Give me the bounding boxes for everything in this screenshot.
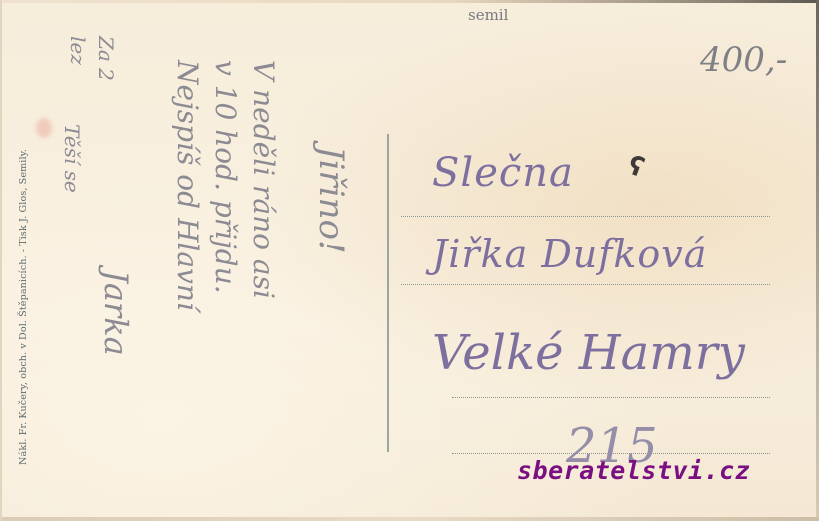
message-signature: Jarka [97,270,135,356]
recipient-title: Slečna [432,150,574,196]
recipient-name: Jiřka Dufková [432,232,707,276]
message-body: V neděli ráno asi v 10 hod. přijdu. Nejs… [168,60,282,311]
address-line-2 [401,284,770,285]
message-line: v 10 hod. přijdu. [206,60,244,311]
address-line-3 [452,397,770,398]
publisher-imprint: Nákl. Fr. Kučery, obch. v Dol. Štěpanicí… [18,149,29,465]
message-line: Nejspíš od Hlavní [168,60,206,311]
card-edge-top [0,0,819,3]
site-watermark: sberatelstvi.cz [517,456,750,485]
card-edge-bottom [0,517,819,521]
stamp-fragment-icon: ʕ [624,152,657,185]
message-side-line: lez [64,36,92,81]
message-greeting: Jiřino! [312,146,350,254]
recipient-town: Velké Hamry [432,325,745,381]
message-line: V neděli ráno asi [244,60,282,311]
postcard-back: Nákl. Fr. Kučery, obch. v Dol. Štěpanicí… [0,0,819,521]
message-side-line: Za 2 [92,36,120,81]
card-edge-left [0,0,2,521]
message-side-note: Za 2 lez [64,36,120,81]
pencil-note-top: semil [468,6,508,24]
address-line-1 [401,216,770,217]
message-side-line: Těší se [58,124,86,193]
pencil-price: 400,- [700,40,787,80]
center-divider [387,134,389,452]
red-stain [36,118,52,138]
message-side-note-2: Těší se [58,124,86,193]
